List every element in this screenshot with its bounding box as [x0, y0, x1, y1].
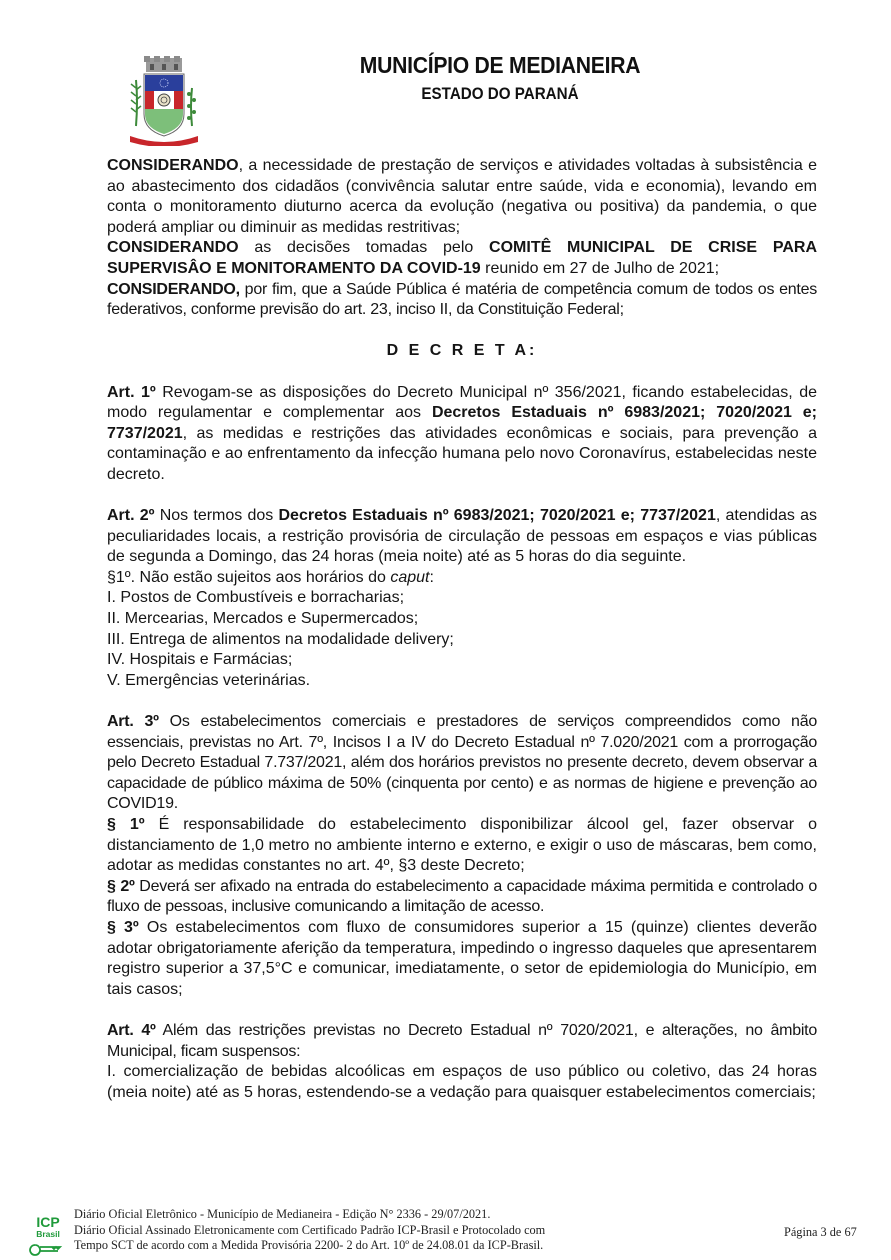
page-number: Página 3 de 67	[784, 1225, 857, 1240]
article-label: Art. 4º	[107, 1022, 156, 1039]
article-3-paragraph-3: § 3º Os estabelecimentos com fluxo de co…	[107, 918, 817, 1000]
article-3-paragraph-2: § 2º Deverá ser afixado na entrada do es…	[107, 877, 817, 918]
article-2: Art. 2º Nos termos dos Decretos Estaduai…	[107, 506, 817, 568]
list-item: II. Mercearias, Mercados e Supermercados…	[107, 609, 817, 630]
footer-line-timestamp: Tempo SCT de acordo com a Medida Provisó…	[74, 1238, 634, 1254]
footer-line-signature: Diário Oficial Assinado Eletronicamente …	[74, 1223, 634, 1239]
considerando-2: CONSIDERANDO as decisões tomadas pelo CO…	[107, 238, 817, 279]
article-label: Art. 3º	[107, 713, 159, 730]
svg-text:Brasil: Brasil	[36, 1229, 60, 1239]
footer-publication-info: Diário Oficial Eletrônico - Município de…	[74, 1207, 634, 1254]
caput-term: caput	[390, 569, 429, 586]
article-text: , as medidas e restrições das atividades…	[107, 425, 817, 483]
paragraph-label: § 2º	[107, 878, 135, 895]
article-2-paragraph-1: §1º. Não estão sujeitos aos horários do …	[107, 568, 817, 589]
article-1: Art. 1º Revogam-se as disposições do Dec…	[107, 383, 817, 486]
svg-text:ICP: ICP	[36, 1214, 59, 1230]
considerando-lead: CONSIDERANDO	[107, 157, 239, 174]
article-4: Art. 4º Além das restrições previstas no…	[107, 1021, 817, 1062]
coat-of-arms-icon	[128, 56, 200, 146]
considerando-3: CONSIDERANDO, por fim, que a Saúde Públi…	[107, 280, 817, 321]
paragraph-text: Deverá ser afixado na entrada do estabel…	[107, 878, 817, 916]
decree-body: CONSIDERANDO, a necessidade de prestação…	[107, 156, 817, 1103]
article-label: Art. 2º	[107, 507, 155, 524]
list-item: IV. Hospitais e Farmácias;	[107, 650, 817, 671]
state-subtitle: ESTADO DO PARANÁ	[270, 85, 730, 104]
considerando-lead: CONSIDERANDO,	[107, 281, 240, 298]
paragraph-label: § 3º	[107, 919, 139, 936]
list-item: I. comercialização de bebidas alcoólicas…	[107, 1062, 817, 1103]
paragraph-text: :	[429, 569, 433, 586]
considerando-lead: CONSIDERANDO	[107, 239, 239, 256]
decreta-heading: D E C R E T A:	[107, 341, 817, 362]
list-item: I. Postos de Combustíveis e borracharias…	[107, 588, 817, 609]
considerando-text: reunido em 27 de Julho de 2021;	[481, 260, 719, 277]
article-text: Os estabelecimentos comerciais e prestad…	[107, 713, 817, 812]
paragraph-text: §1º. Não estão sujeitos aos horários do	[107, 569, 390, 586]
footer-line-edition: Diário Oficial Eletrônico - Município de…	[74, 1207, 634, 1223]
article-3-paragraph-1: § 1º É responsabilidade do estabelecimen…	[107, 815, 817, 877]
article-3: Art. 3º Os estabelecimentos comerciais e…	[107, 712, 817, 815]
municipality-title: MUNICÍPIO DE MEDIANEIRA	[270, 52, 730, 79]
list-item: III. Entrega de alimentos na modalidade …	[107, 630, 817, 651]
paragraph-text: É responsabilidade do estabelecimento di…	[107, 816, 817, 874]
icp-brasil-logo-icon: ICP Brasil	[28, 1214, 68, 1256]
list-item: V. Emergências veterinárias.	[107, 671, 817, 692]
state-decrees-ref: Decretos Estaduais nº 6983/2021; 7020/20…	[278, 507, 715, 524]
paragraph-text: Os estabelecimentos com fluxo de consumi…	[107, 919, 817, 998]
document-page: MUNICÍPIO DE MEDIANEIRA ESTADO DO PARANÁ…	[0, 0, 891, 1260]
considerando-1: CONSIDERANDO, a necessidade de prestação…	[107, 156, 817, 238]
considerando-text: as decisões tomadas pelo	[239, 239, 489, 256]
paragraph-label: § 1º	[107, 816, 145, 833]
article-text: Nos termos dos	[155, 507, 279, 524]
article-label: Art. 1º	[107, 384, 156, 401]
article-text: Além das restrições previstas no Decreto…	[107, 1022, 817, 1060]
